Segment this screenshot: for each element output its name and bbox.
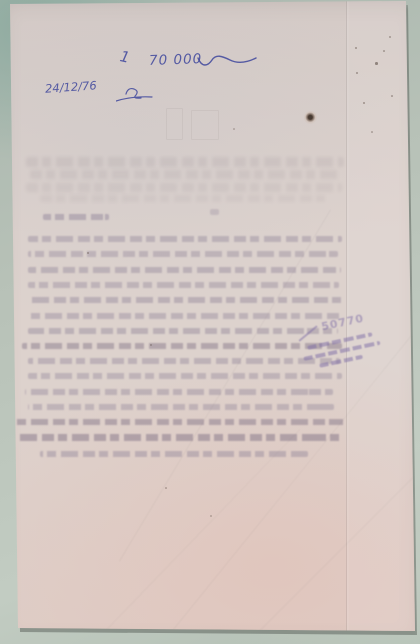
ink-speck: [363, 102, 365, 104]
bleed-text-line: [26, 183, 342, 192]
ink-speck: [391, 95, 393, 97]
bleed-text-line: [28, 358, 340, 364]
bleed-text-line: [22, 343, 342, 349]
stamp-text-line: [319, 355, 363, 368]
bleed-text-line: [28, 236, 342, 242]
bleed-text-line: [28, 297, 342, 303]
ink-speck: [233, 128, 235, 130]
ink-speck: [165, 487, 167, 489]
bleed-text-line: [210, 209, 219, 215]
ink-speck: [371, 131, 373, 133]
bleed-through-box: [166, 108, 183, 140]
handwritten-amount: 70 000: [149, 51, 203, 69]
bleed-text-line: [40, 451, 308, 457]
bleed-text-line: [28, 251, 338, 257]
bleed-through-box: [191, 110, 219, 140]
bleed-text-line: [28, 328, 338, 334]
ink-speck: [375, 62, 378, 65]
ink-speck: [355, 47, 357, 49]
bleed-text-line: [25, 389, 333, 395]
bleed-text-line: [16, 419, 346, 425]
handwritten-flourish: [196, 52, 258, 72]
ink-speck: [383, 50, 385, 52]
bleed-text-line: [43, 214, 109, 220]
bleed-text-line: [28, 373, 342, 379]
ink-speck: [356, 72, 358, 74]
pin-hole: [304, 111, 318, 125]
bleed-text-line: [30, 170, 340, 179]
stamp-slash-mark: [295, 323, 322, 344]
bleed-text-line: [26, 157, 344, 167]
bleed-text-line: [28, 313, 340, 319]
bleed-text-line: [40, 195, 330, 202]
handwritten-initial: [116, 84, 158, 104]
photo-backdrop: 1 70 000 24/12/76 50770: [0, 0, 420, 644]
ink-speck: [87, 252, 89, 254]
document-page: 1 70 000 24/12/76 50770: [0, 0, 420, 644]
bleed-text-line: [28, 404, 334, 410]
ink-speck: [210, 515, 212, 517]
ink-speck: [150, 344, 152, 346]
bleed-text-line: [28, 282, 339, 288]
ink-speck: [389, 36, 391, 38]
